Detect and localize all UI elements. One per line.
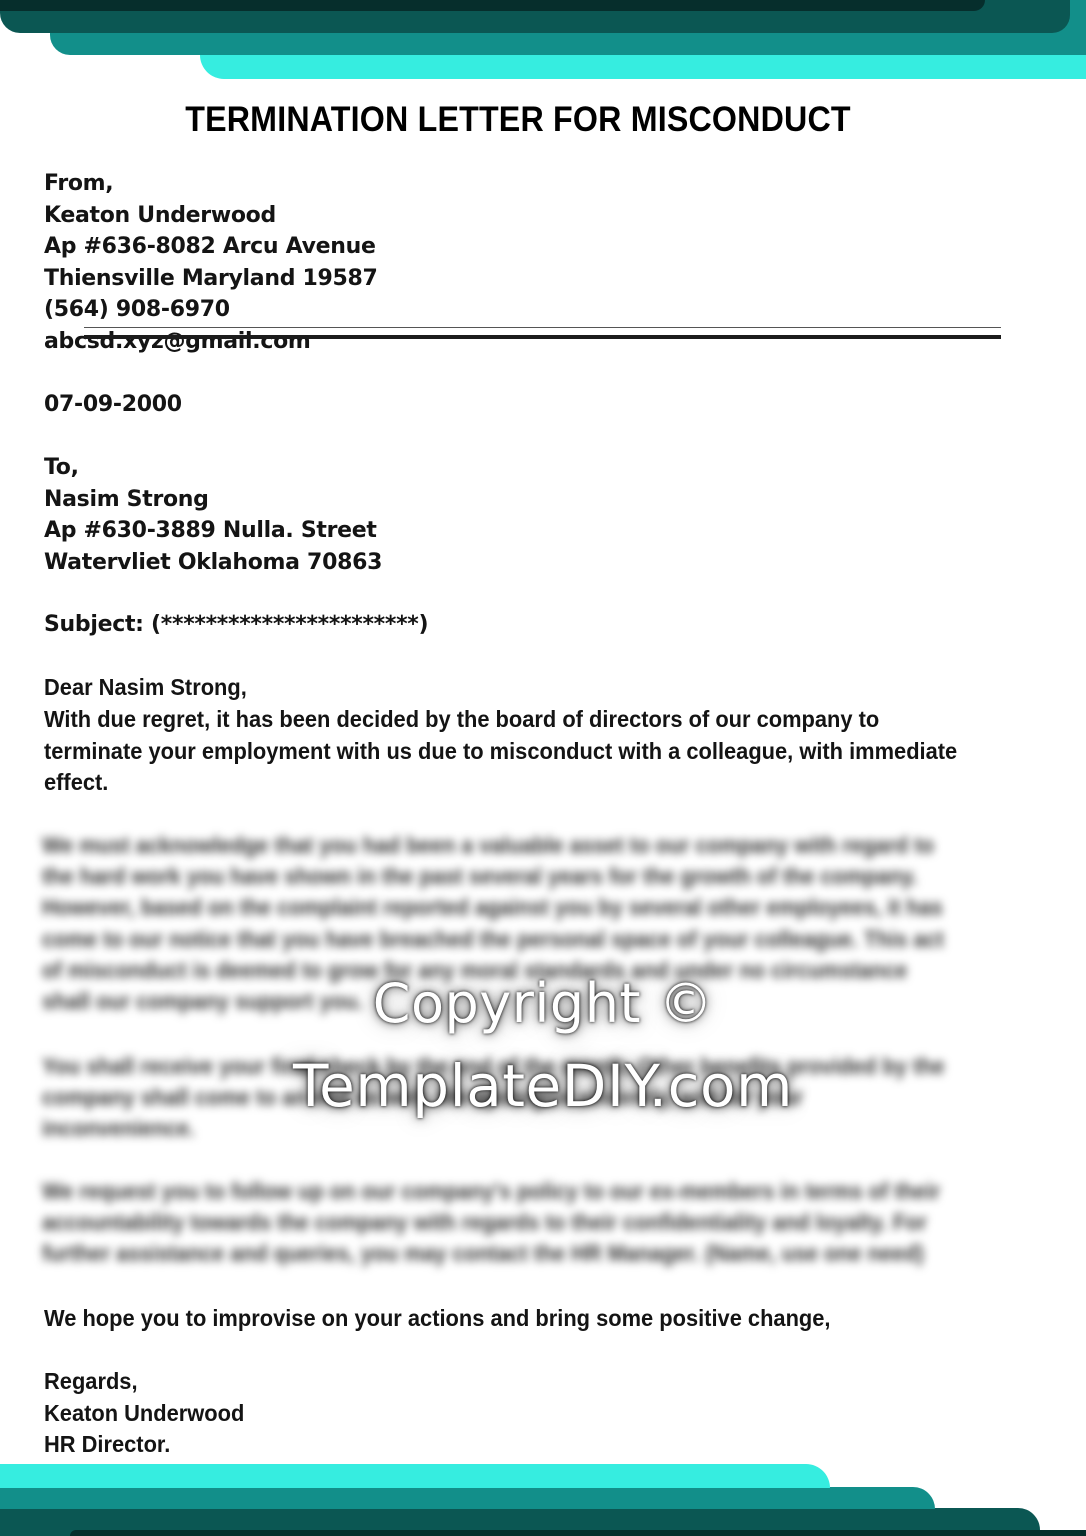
recipient-address-line1: Ap #630-3889 Nulla. Street [44,515,382,547]
blurred-paragraph-policy: We request you to follow up on our compa… [42,1176,1036,1270]
signatory-name: Keaton Underwood [44,1398,244,1430]
regards-text: Regards, [44,1366,244,1398]
recipient-address-line2: Watervliet Oklahoma 70863 [44,547,382,579]
footer-band-cyan [0,1464,830,1488]
sender-email: abcsd.xyz@gmail.com [44,326,378,358]
watermark-copyright: Copyright © [0,972,1086,1035]
subject-text: Subject: (***********************) [44,609,428,641]
salutation-text: Dear Nasim Strong, [44,672,1039,704]
from-label: From, [44,168,378,200]
paragraph-line: With due regret, it has been decided by … [44,704,1053,736]
closing-line: We hope you to improvise on your actions… [44,1303,1053,1335]
salutation: Dear Nasim Strong, [44,672,1039,704]
blurred-line: We must acknowledge that you had been a … [42,830,1036,861]
blurred-line: come to our notice that you have breache… [42,924,1036,955]
watermark-site: TemplateDIY.com [0,1052,1086,1120]
recipient-name: Nasim Strong [44,484,382,516]
to-label: To, [44,452,382,484]
signatory-title: HR Director. [44,1429,244,1461]
paragraph-line: terminate your employment with us due to… [44,736,1053,768]
letter-date: 07-09-2000 [44,389,182,421]
blurred-line: accountability towards the company with … [42,1207,1036,1238]
paragraph-termination-notice: With due regret, it has been decided by … [44,704,1053,799]
divider-thick [84,335,1001,339]
header-band-cyan [200,55,1086,79]
sender-address-line2: Thiensville Maryland 19587 [44,263,378,295]
sender-address-line1: Ap #636-8082 Arcu Avenue [44,231,378,263]
footer-band-darkest [70,1530,1086,1536]
sender-phone: (564) 908-6970 [44,294,378,326]
blurred-line: further assistance and queries, you may … [42,1238,1036,1269]
subject-line: Subject: (***********************) [44,609,428,641]
header-band-medium [50,33,1086,55]
closing-text: We hope you to improvise on your actions… [44,1303,1053,1335]
header-band-darkest [0,0,985,11]
date-text: 07-09-2000 [44,389,182,421]
paragraph-line: effect. [44,767,1053,799]
signoff-block: Regards, Keaton Underwood HR Director. [44,1366,244,1461]
footer-band-medium [0,1487,935,1509]
sender-name: Keaton Underwood [44,200,378,232]
blurred-line: However, based on the complaint reported… [42,892,1036,923]
sender-block: From, Keaton Underwood Ap #636-8082 Arcu… [44,168,378,357]
divider-thin [84,327,1001,328]
blurred-line: the hard work you have shown in the past… [42,861,1036,892]
recipient-block: To, Nasim Strong Ap #630-3889 Nulla. Str… [44,452,382,578]
letter-title: TERMINATION LETTER FOR MISCONDUCT [41,100,994,140]
blurred-line: We request you to follow up on our compa… [42,1176,1036,1207]
